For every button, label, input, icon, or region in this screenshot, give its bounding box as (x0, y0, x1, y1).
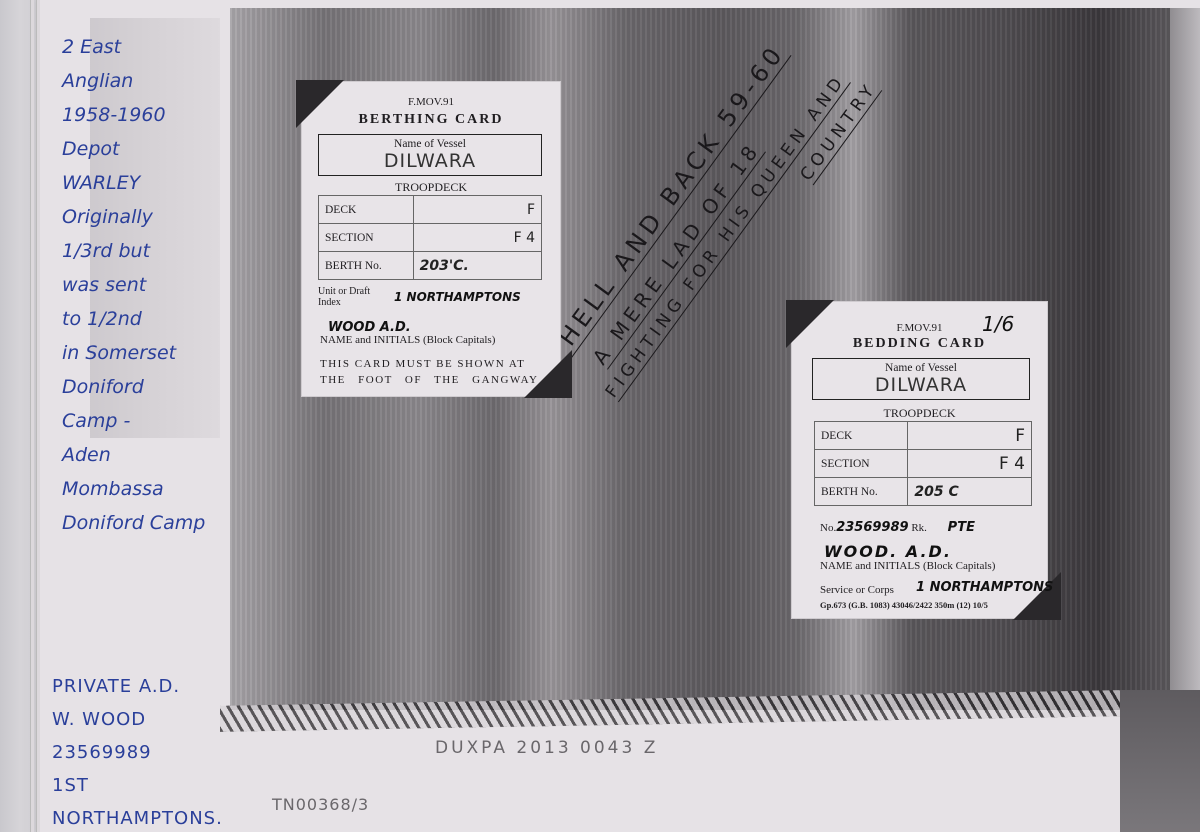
troopdeck-table: DECKF SECTIONF 4 BERTH No.203'C. (318, 195, 542, 280)
row-value: F (908, 422, 1032, 450)
note-line: Anglian (62, 64, 232, 98)
troopdeck-label: TROOPDECK (792, 406, 1047, 421)
vessel-box: Name of Vessel DILWARA (318, 134, 542, 176)
signature-block: PRIVATE A.D. W. WOOD 23569989 1ST NORTHA… (52, 670, 232, 832)
form-code: F.MOV.91 (302, 96, 560, 108)
corps-value: 1 NORTHAMPTONS (916, 580, 1053, 595)
sheet-edge (30, 0, 34, 832)
troopdeck-table: DECKF SECTIONF 4 BERTH No.205 C (814, 421, 1032, 506)
note-line: in Somerset (62, 336, 232, 370)
troopdeck-label: TROOPDECK (302, 180, 560, 195)
note-line: Camp - (62, 404, 232, 438)
photocopy-margin (1170, 8, 1200, 710)
rank-label: Rk. (911, 522, 927, 534)
note-line: Doniford Camp (62, 506, 232, 540)
rank-value: PTE (948, 520, 975, 535)
signature-line: 1ST NORTHAMPTONS. (52, 769, 232, 832)
vessel-label: Name of Vessel (813, 362, 1029, 374)
table-row: BERTH No.205 C (815, 478, 1032, 506)
card-title: BEDDING CARD (792, 336, 1047, 352)
row-label: BERTH No. (319, 252, 414, 280)
table-row: BERTH No.203'C. (319, 252, 542, 280)
number-label: No. (820, 522, 836, 534)
notice-text: THIS CARD MUST BE SHOWN AT (320, 358, 525, 370)
name-label: NAME and INITIALS (Block Capitals) (320, 334, 495, 346)
item-reference: TN00368/3 (272, 795, 369, 814)
notice-text: THE FOOT OF THE GANGWAY (320, 374, 538, 386)
handwritten-side-notes: 2 East Anglian 1958-1960 Depot WARLEY Or… (62, 30, 232, 540)
row-label: SECTION (319, 224, 414, 252)
row-label: BERTH No. (815, 478, 908, 506)
signature-line: W. WOOD (52, 703, 232, 736)
name-value: WOOD. A.D. (824, 542, 952, 561)
note-line: Doniford (62, 370, 232, 404)
vessel-name: DILWARA (813, 374, 1029, 396)
print-line: Gp.673 (G.B. 1083) 43046/2422 350m (12) … (820, 600, 988, 610)
note-line: 1958-1960 (62, 98, 232, 132)
corps-label: Service or Corps (820, 584, 894, 596)
row-label: SECTION (815, 450, 908, 478)
bedding-card: F.MOV.91 1/6 BEDDING CARD Name of Vessel… (792, 302, 1047, 618)
shadow-area (1120, 690, 1200, 832)
row-value: F 4 (413, 224, 541, 252)
row-label: DECK (815, 422, 908, 450)
unit-value: 1 NORTHAMPTONS (394, 290, 521, 304)
row-value: F 4 (908, 450, 1032, 478)
vessel-name: DILWARA (319, 150, 541, 172)
signature-line: PRIVATE A.D. (52, 670, 232, 703)
row-value: 205 C (908, 478, 1032, 506)
sheet-edge (36, 0, 40, 832)
note-line: Depot (62, 132, 232, 166)
table-row: SECTIONF 4 (319, 224, 542, 252)
table-row: SECTIONF 4 (815, 450, 1032, 478)
note-line: was sent (62, 268, 232, 302)
note-line: Mombassa (62, 472, 232, 506)
table-row: DECKF (319, 196, 542, 224)
note-line: 1/3rd but (62, 234, 232, 268)
vessel-box: Name of Vessel DILWARA (812, 358, 1030, 400)
berthing-card: F.MOV.91 BERTHING CARD Name of Vessel DI… (302, 82, 560, 396)
vessel-label: Name of Vessel (319, 138, 541, 150)
number-value: 23569989 (836, 520, 908, 535)
note-line: 2 East (62, 30, 232, 64)
note-line: Originally (62, 200, 232, 234)
unit-label: Unit or Draft Index (318, 286, 378, 308)
row-value: F (413, 196, 541, 224)
note-line: WARLEY (62, 166, 232, 200)
signature-line: 23569989 (52, 736, 232, 769)
number-field: No.23569989 Rk. PTE (820, 520, 975, 535)
name-label: NAME and INITIALS (Block Capitals) (820, 560, 995, 572)
row-label: DECK (319, 196, 414, 224)
card-title: BERTHING CARD (302, 112, 560, 128)
accession-number: DUXPA 2013 0043 Z (435, 738, 658, 758)
table-row: DECKF (815, 422, 1032, 450)
name-value: WOOD A.D. (328, 320, 411, 335)
note-line: Aden (62, 438, 232, 472)
note-line: to 1/2nd (62, 302, 232, 336)
handwritten-number: 1/6 (982, 312, 1014, 336)
row-value: 203'C. (413, 252, 541, 280)
